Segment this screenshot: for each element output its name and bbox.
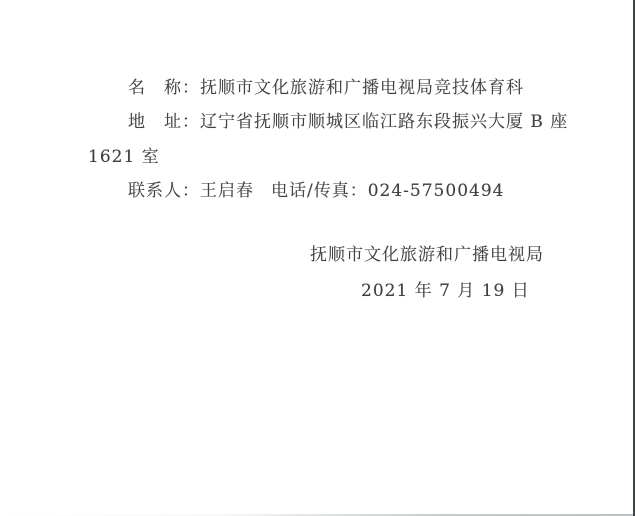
phone-value: 024-57500494 — [368, 181, 505, 201]
name-field-line: 名 称：抚顺市文化旅游和广播电视局竞技体育科 — [128, 78, 524, 98]
address-wrap-line: 1621 室 — [88, 147, 160, 167]
address-field-line: 地 址：辽宁省抚顺市顺城区临江路东段振兴大厦 B 座 — [128, 112, 568, 132]
address-value-line2: 1621 室 — [88, 147, 160, 167]
name-value: 抚顺市文化旅游和广播电视局竞技体育科 — [200, 78, 524, 98]
signature-org-text: 抚顺市文化旅游和广播电视局 — [310, 245, 544, 265]
phone-label: 电话/传真： — [271, 181, 368, 201]
signature-date-text: 2021 年 7 月 19 日 — [361, 281, 530, 301]
address-label: 地 址： — [128, 112, 200, 132]
contact-label: 联系人： — [128, 181, 200, 201]
document-page: 名 称：抚顺市文化旅游和广播电视局竞技体育科 地 址：辽宁省抚顺市顺城区临江路东… — [0, 0, 635, 516]
signature-org: 抚顺市文化旅游和广播电视局 — [310, 245, 544, 265]
name-label: 名 称： — [128, 78, 200, 98]
signature-date: 2021 年 7 月 19 日 — [361, 281, 530, 301]
address-value-line1: 辽宁省抚顺市顺城区临江路东段振兴大厦 B 座 — [200, 112, 568, 132]
contact-phone-line: 联系人：王启春电话/传真：024-57500494 — [128, 181, 504, 201]
contact-value: 王启春 — [200, 181, 254, 201]
